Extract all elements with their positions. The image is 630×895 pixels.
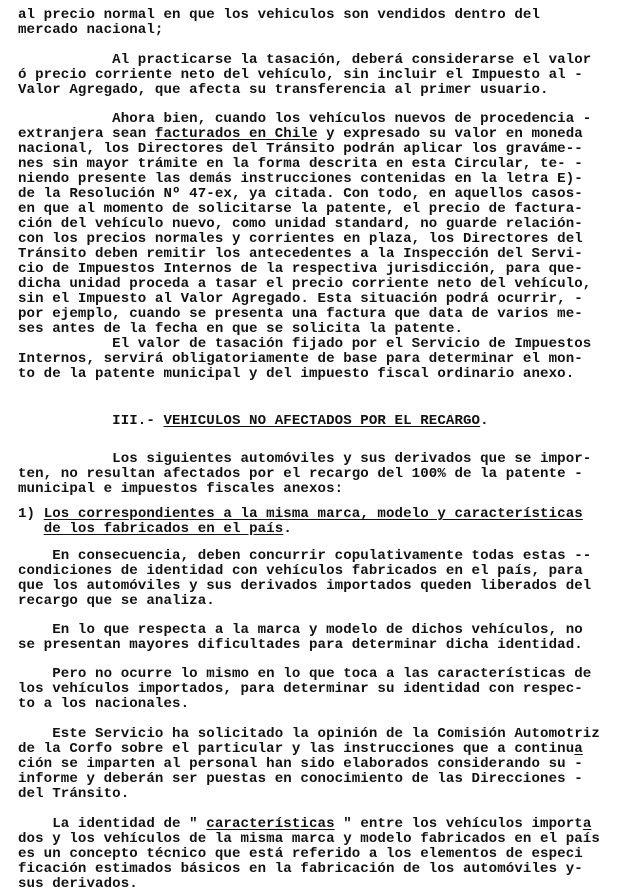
document-line: ción del vehículo nuevo, como unidad sta…: [18, 217, 583, 232]
document-line: que los automóviles y sus derivados impo…: [18, 579, 591, 594]
document-line: Ahora bien, cuando los vehículos nuevos …: [18, 112, 591, 127]
line-text: de la Resolución Nº 47-ex, ya citada. Co…: [18, 186, 583, 202]
line-text: to a los nacionales.: [18, 696, 189, 712]
line-text: se presentan mayores dificultades para d…: [18, 637, 583, 653]
line-text: ó precio corriente neto del vehículo, si…: [18, 67, 583, 83]
line-text: niendo presente las demás instrucciones …: [18, 171, 583, 187]
line-text: El valor de tasación fijado por el Servi…: [18, 336, 591, 352]
line-text: mercado nacional;: [18, 22, 163, 38]
line-text: dicha unidad proceda a tasar el precio c…: [18, 276, 591, 292]
line-text: Al practicarse la tasación, deberá consi…: [18, 52, 591, 68]
document-line: es un concepto técnico que está referido…: [18, 847, 583, 862]
line-text: " entre los vehículos import: [335, 816, 583, 832]
line-text: con los precios normales y corrientes en…: [18, 231, 583, 247]
line-text: Este Servicio ha solicitado la opinión d…: [18, 726, 600, 742]
document-line: dos y los vehículos de la misma marca y …: [18, 832, 600, 847]
line-text: del Tránsito.: [18, 786, 129, 802]
document-line: dicha unidad proceda a tasar el precio c…: [18, 277, 591, 292]
document-line: Los siguientes automóviles y sus derivad…: [18, 452, 591, 467]
line-text: La identidad de ": [18, 816, 206, 832]
document-line: al precio normal en que los vehiculos so…: [18, 8, 540, 23]
document-line: en que al momento de solicitarse la pate…: [18, 202, 583, 217]
document-line: municipal e impuestos fiscales anexos:: [18, 482, 343, 497]
line-text: En consecuencia, deben concurrir copulat…: [18, 548, 591, 564]
document-line: III.- VEHICULOS NO AFECTADOS POR EL RECA…: [18, 414, 489, 429]
document-line: En consecuencia, deben concurrir copulat…: [18, 549, 591, 564]
underlined-text: características: [206, 816, 334, 832]
line-text: municipal e impuestos fiscales anexos:: [18, 481, 343, 497]
line-text: Ahora bien, cuando los vehículos nuevos …: [18, 111, 591, 127]
underlined-text: Los correspondientes a la misma marca, m…: [44, 506, 583, 522]
document-line: En lo que respecta a la marca y modelo d…: [18, 623, 583, 638]
document-line: sin el Impuesto al Valor Agregado. Esta …: [18, 292, 583, 307]
document-line: condiciones de identidad con vehículos f…: [18, 564, 583, 579]
document-line: Valor Agregado, que afecta su transferen…: [18, 83, 549, 98]
document-line: Este Servicio ha solicitado la opinión d…: [18, 727, 600, 742]
line-text: informe y deberán ser puestas en conocim…: [18, 771, 583, 787]
document-line: niendo presente las demás instrucciones …: [18, 172, 583, 187]
document-line: to a los nacionales.: [18, 697, 189, 712]
line-text: los vehículos importados, para determina…: [18, 681, 583, 697]
document-line: ten, no resultan afectados por el recarg…: [18, 467, 583, 482]
line-text: cio de Impuestos Internos de la respecti…: [18, 261, 583, 277]
line-text: .: [480, 413, 489, 429]
document-line: ficación estimados básicos en la fabrica…: [18, 862, 583, 877]
line-text: es un concepto técnico que está referido…: [18, 846, 583, 862]
line-text: de la Corfo sobre el particular y las in…: [18, 741, 574, 757]
document-line: informe y deberán ser puestas en conocim…: [18, 772, 583, 787]
document-line: Al practicarse la tasación, deberá consi…: [18, 53, 591, 68]
line-text: sin el Impuesto al Valor Agregado. Esta …: [18, 291, 583, 307]
document-line: de los fabricados en el país.: [18, 522, 292, 537]
document-line: se presentan mayores dificultades para d…: [18, 638, 583, 653]
document-line: nacional, los Directores del Tránsito po…: [18, 142, 583, 157]
line-text: sus derivados.: [18, 876, 138, 892]
line-text: [18, 521, 44, 537]
underlined-text: facturados en Chile: [155, 126, 318, 142]
document-line: 1) Los correspondientes a la misma marca…: [18, 507, 583, 522]
line-text: Internos, servirá obligatoriamente de ba…: [18, 351, 583, 367]
line-text: dos y los vehículos de la misma marca y …: [18, 831, 600, 847]
document-line: extranjera sean facturados en Chile y ex…: [18, 127, 583, 142]
line-text: ses antes de la fecha en que se solicita…: [18, 321, 463, 337]
document-line: to de la patente municipal y del impuest…: [18, 367, 574, 382]
document-line: del Tránsito.: [18, 787, 129, 802]
underlined-text: de los fabricados en el país: [44, 521, 284, 537]
document-line: de la Corfo sobre el particular y las in…: [18, 742, 583, 757]
document-line: ses antes de la fecha en que se solicita…: [18, 322, 463, 337]
document-line: Internos, servirá obligatoriamente de ba…: [18, 352, 583, 367]
line-text: ción se imparten al personal han sido el…: [18, 756, 583, 772]
document-line: nes sin mayor trámite en la forma descri…: [18, 157, 583, 172]
line-text: que los automóviles y sus derivados impo…: [18, 578, 591, 594]
document-line: mercado nacional;: [18, 23, 163, 38]
line-text: nacional, los Directores del Tránsito po…: [18, 141, 583, 157]
underlined-text: a: [583, 816, 592, 832]
line-text: ficación estimados básicos en la fabrica…: [18, 861, 583, 877]
line-text: En lo que respecta a la marca y modelo d…: [18, 622, 583, 638]
line-text: en que al momento de solicitarse la pate…: [18, 201, 583, 217]
line-text: III.-: [18, 413, 163, 429]
document-line: La identidad de " características " entr…: [18, 817, 591, 832]
document-line: sus derivados.: [18, 877, 138, 892]
line-text: por ejemplo, cuando se presenta una fact…: [18, 306, 583, 322]
line-text: Pero no ocurre lo mismo en lo que toca a…: [18, 666, 591, 682]
scanned-document-page: al precio normal en que los vehiculos so…: [0, 0, 630, 895]
document-line: ción se imparten al personal han sido el…: [18, 757, 583, 772]
line-text: to de la patente municipal y del impuest…: [18, 366, 574, 382]
line-text: condiciones de identidad con vehículos f…: [18, 563, 583, 579]
document-line: recargo que se analiza.: [18, 594, 215, 609]
line-text: recargo que se analiza.: [18, 593, 215, 609]
underlined-text: VEHICULOS NO AFECTADOS POR EL RECARGO: [163, 413, 480, 429]
document-line: Tránsito deben remitir los antecedentes …: [18, 247, 583, 262]
line-text: 1): [18, 506, 44, 522]
document-line: Pero no ocurre lo mismo en lo que toca a…: [18, 667, 591, 682]
line-text: y expresado su valor en moneda: [318, 126, 583, 142]
document-line: El valor de tasación fijado por el Servi…: [18, 337, 591, 352]
line-text: nes sin mayor trámite en la forma descri…: [18, 156, 583, 172]
line-text: ten, no resultan afectados por el recarg…: [18, 466, 583, 482]
line-text: Los siguientes automóviles y sus derivad…: [18, 451, 591, 467]
line-text: Tránsito deben remitir los antecedentes …: [18, 246, 583, 262]
line-text: al precio normal en que los vehiculos so…: [18, 7, 540, 23]
document-line: ó precio corriente neto del vehículo, si…: [18, 68, 583, 83]
document-line: de la Resolución Nº 47-ex, ya citada. Co…: [18, 187, 583, 202]
underlined-text: a: [574, 741, 583, 757]
document-line: cio de Impuestos Internos de la respecti…: [18, 262, 583, 277]
line-text: ción del vehículo nuevo, como unidad sta…: [18, 216, 583, 232]
line-text: .: [283, 521, 292, 537]
document-line: por ejemplo, cuando se presenta una fact…: [18, 307, 583, 322]
document-line: con los precios normales y corrientes en…: [18, 232, 583, 247]
line-text: extranjera sean: [18, 126, 155, 142]
line-text: Valor Agregado, que afecta su transferen…: [18, 82, 549, 98]
document-line: los vehículos importados, para determina…: [18, 682, 583, 697]
